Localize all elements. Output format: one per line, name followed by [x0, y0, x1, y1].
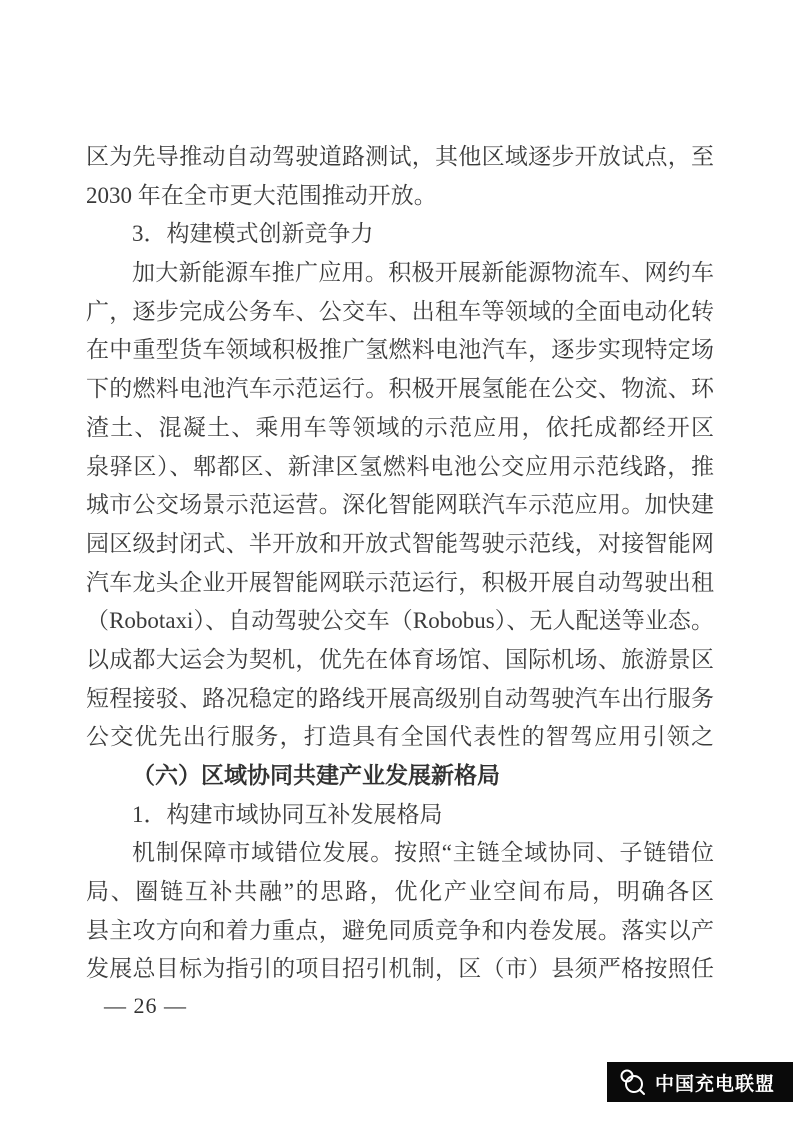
text-line: 城市公交场景示范运营。深化智能网联汽车示范应用。加快建设: [86, 486, 714, 525]
text-line: 下的燃料电池汽车示范运行。积极开展氢能在公交、物流、环卫、: [86, 370, 714, 409]
text-line: 广，逐步完成公务车、公交车、出租车等领域的全面电动化转型。: [86, 293, 714, 332]
watermark-text: 中国充电联盟: [655, 1069, 775, 1096]
text-line: 在中重型货车领域积极推广氢燃料电池汽车，逐步实现特定场景: [86, 331, 714, 370]
text-line: 公交优先出行服务，打造具有全国代表性的智驾应用引领之城。: [86, 718, 714, 757]
document-page: 区为先导推动自动驾驶道路测试，其他区域逐步开放试点，至 2030 年在全市更大范…: [0, 0, 793, 1122]
charging-alliance-logo-icon: [617, 1067, 647, 1097]
page-number: — 26 —: [104, 993, 187, 1019]
text-line: 园区级封闭式、半开放和开放式智能驾驶示范线，对接智能网联: [86, 525, 714, 564]
document-body: 区为先导推动自动驾驶道路测试，其他区域逐步开放试点，至 2030 年在全市更大范…: [86, 138, 714, 989]
text-line: 渣土、混凝土、乘用车等领域的示范应用，依托成都经开区（龙: [86, 409, 714, 448]
text-line: 发展总目标为指引的项目招引机制，区（市）县须严格按照任务: [86, 950, 714, 989]
subsection-heading: 1．构建市域协同互补发展格局: [86, 796, 714, 835]
text-line: 区为先导推动自动驾驶道路测试，其他区域逐步开放试点，至: [86, 138, 714, 177]
text-line: 机制保障市域错位发展。按照“主链全域协同、子链错位布: [86, 834, 714, 873]
text-line: 短程接驳、路况稳定的路线开展高级别自动驾驶汽车出行服务和: [86, 680, 714, 719]
text-line: 泉驿区）、郫都区、新津区氢燃料电池公交应用示范线路，推进: [86, 448, 714, 487]
watermark-banner: 中国充电联盟: [607, 1062, 793, 1102]
text-line: 汽车龙头企业开展智能网联示范运行，积极开展自动驾驶出租车: [86, 564, 714, 603]
section-heading: （六）区域协同共建产业发展新格局: [86, 757, 714, 796]
text-line: 县主攻方向和着力重点，避免同质竞争和内卷发展。落实以产业: [86, 912, 714, 951]
text-line: 2030 年在全市更大范围推动开放。: [86, 177, 714, 216]
text-line: 局、圈链互补共融”的思路，优化产业空间布局，明确各区（市）: [86, 873, 714, 912]
subsection-heading: 3．构建模式创新竞争力: [86, 215, 714, 254]
text-line: （Robotaxi）、自动驾驶公交车（Robobus）、无人配送等业态。: [86, 602, 714, 641]
text-line: 加大新能源车推广应用。积极开展新能源物流车、网约车推: [86, 254, 714, 293]
text-line: 以成都大运会为契机，优先在体育场馆、国际机场、旅游景区等: [86, 641, 714, 680]
